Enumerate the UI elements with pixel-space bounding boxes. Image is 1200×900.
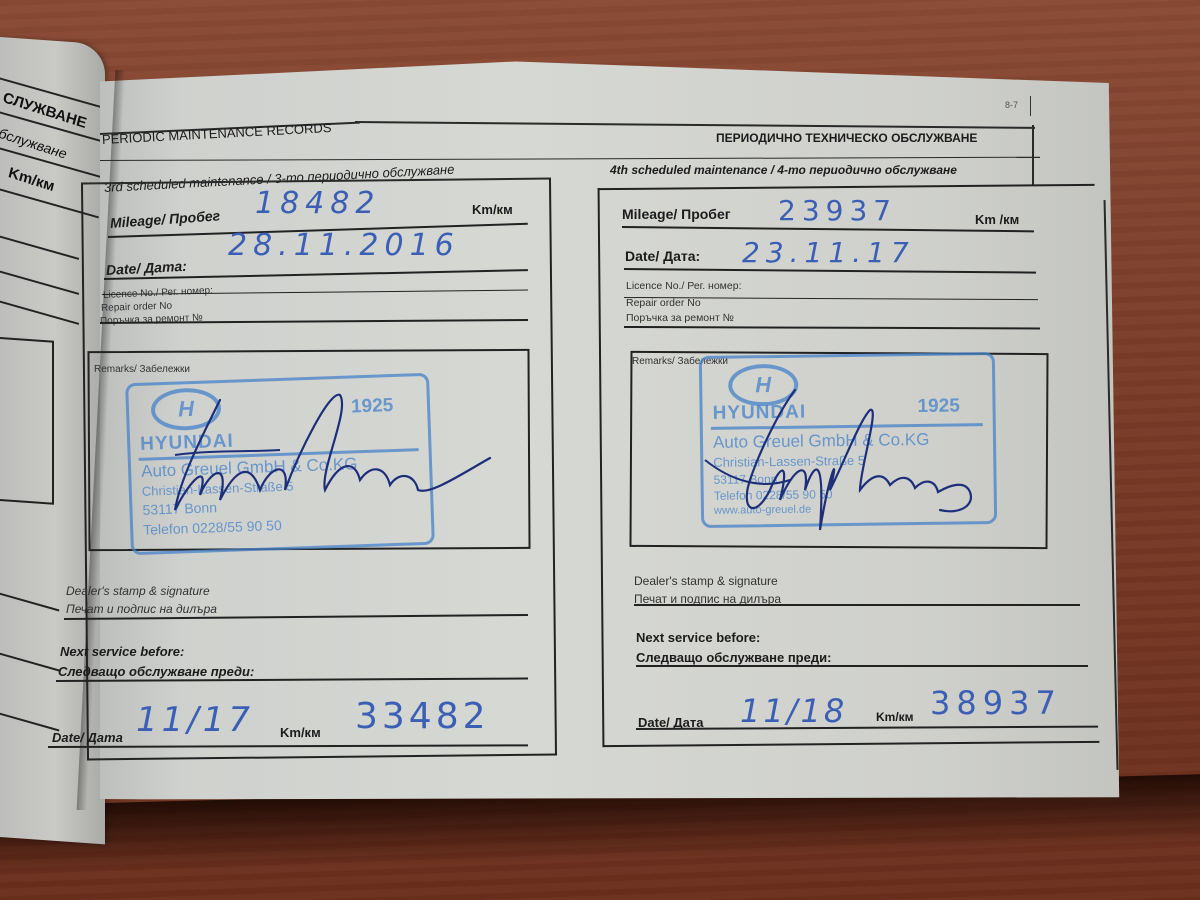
record-4-licence-label: Licence No./ Рег. номер: xyxy=(626,280,742,292)
record-3-dealer-label-bg: Печат и подпис на дилъра xyxy=(66,602,217,616)
record-3-signature xyxy=(150,380,500,540)
record-4-mileage-label: Mileage/ Пробег xyxy=(622,206,731,222)
record-3-next-service-label-bg: Следващо обслужване преди: xyxy=(58,664,254,679)
record-3-remarks-label: Remarks/ Забележки xyxy=(94,364,190,375)
record-3-next-km-label: Km/км xyxy=(280,725,321,740)
record-4-mileage-value: 23937 xyxy=(778,194,897,227)
record-4-heading: 4th scheduled maintenance / 4-то периоди… xyxy=(610,163,957,177)
record-4-signature xyxy=(700,380,1000,540)
record-4-next-service-label: Next service before: xyxy=(636,630,760,645)
record-4-repair-order-label: Repair order No xyxy=(626,297,701,309)
record-3-mileage-value: 18482 xyxy=(255,186,380,221)
page-title-en: PERIODIC MAINTENANCE RECORDS xyxy=(102,120,332,147)
record-4-date-label: Date/ Дата: xyxy=(625,248,700,264)
record-4-next-date-value: 11/18 xyxy=(740,692,847,730)
record-3-dealer-label: Dealer's stamp & signature xyxy=(66,584,210,598)
record-4-next-km-value: 38937 xyxy=(930,684,1062,722)
record-4-next-km-label: Km/км xyxy=(876,710,914,724)
page-number: 8-7 xyxy=(1005,100,1018,110)
record-3-next-date-label: Date/ Дата xyxy=(52,730,123,745)
record-3-next-date-value: 11/17 xyxy=(136,700,254,740)
record-3-date-value: 28.11.2016 xyxy=(228,228,460,263)
page-title-bg: ПЕРИОДИЧНО ТЕХНИЧЕСКО ОБСЛУЖВАНЕ xyxy=(716,131,977,145)
record-4-dealer-label: Dealer's stamp & signature xyxy=(634,574,778,588)
record-4-mileage-unit: Km /км xyxy=(975,212,1019,227)
record-4-next-service-label-bg: Следващо обслужване преди: xyxy=(636,650,831,665)
record-3-next-service-label: Next service before: xyxy=(60,644,184,659)
record-4-repair-order-label-bg: Поръчка за ремонт № xyxy=(626,312,734,324)
record-3-mileage-unit: Km/км xyxy=(472,202,513,217)
record-3-next-km-value: 33482 xyxy=(355,696,490,737)
record-4-date-value: 23.11.17 xyxy=(742,236,915,269)
